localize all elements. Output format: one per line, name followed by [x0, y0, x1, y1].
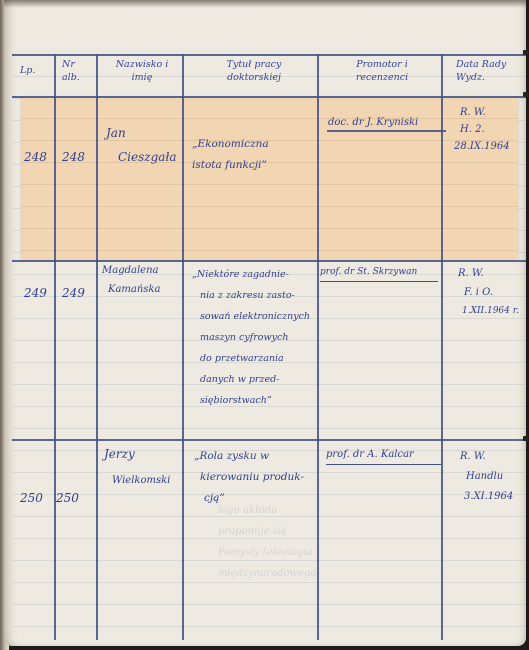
header-promoter: Promotor i recenzenci [336, 58, 428, 84]
cell-lp: 248 [24, 150, 47, 165]
column-divider [182, 54, 184, 640]
cell-nr: 248 [62, 150, 85, 165]
cell-promoter: prof. dr A. Kalcar [326, 448, 441, 465]
row-divider [12, 260, 526, 262]
promoter-underline [327, 130, 446, 132]
council-line: Handlu [466, 467, 513, 487]
title-line: sowań elektronicznych [200, 306, 332, 327]
cell-promoter: prof. dr St. Skrzywan [320, 266, 438, 282]
cell-council-date: R. W. H. 2. 28.IX.1964 [460, 104, 510, 155]
page-edge-shadow [4, 0, 526, 8]
ghost-line: proponuje się [218, 521, 348, 542]
cell-last-name: Kamańska [108, 283, 160, 297]
header-lp: Lp. [20, 64, 35, 77]
council-line: 28.IX.1964 [454, 138, 510, 155]
council-line: R. W. [458, 264, 519, 283]
cell-lp: 250 [20, 491, 43, 506]
council-line: 3.XI.1964 [464, 487, 513, 507]
title-line: danych w przed- [200, 369, 332, 390]
council-line: R. W. [460, 447, 513, 467]
cell-thesis-title: „Ekonomiczna istota funkcji” [192, 134, 332, 176]
title-line: do przetwarzania [200, 348, 332, 369]
council-line: H. 2. [460, 121, 510, 138]
header-nr-album: Nr alb. [62, 58, 94, 84]
title-line: „Ekonomiczna [192, 134, 332, 155]
cell-first-name: Magdalena [102, 264, 158, 278]
table-top-line [12, 54, 526, 56]
header-council-date: Data Rady Wydz. [456, 58, 518, 84]
binding-mark [523, 436, 528, 441]
title-line: cją” [204, 488, 322, 509]
binding-mark [523, 50, 528, 55]
cell-council-date: R. W. F. i O. 1.XII.1964 r. [458, 264, 519, 321]
title-line: siębiorstwach” [200, 390, 332, 411]
title-line: „Niektóre zagadnie- [192, 264, 332, 285]
council-line: 1.XII.1964 r. [462, 302, 519, 321]
register-page: lego ukłodu proponuje się Pomysły teleol… [4, 0, 526, 646]
council-line: F. i O. [464, 283, 519, 302]
header-name: Nazwisko i imię [106, 58, 178, 84]
council-line: R. W. [460, 104, 510, 121]
header-bottom-line [12, 96, 526, 98]
title-line: maszyn cyfrowych [200, 327, 332, 348]
title-line: istota funkcji” [192, 155, 332, 176]
cell-lp: 249 [24, 286, 47, 301]
cell-promoter: doc. dr J. Kryniski [328, 116, 418, 130]
cell-council-date: R. W. Handlu 3.XI.1964 [460, 447, 513, 507]
cell-last-name: Wielkomski [112, 474, 170, 488]
title-line: kierowaniu produk- [200, 467, 322, 488]
cell-first-name: Jerzy [104, 447, 135, 462]
cell-nr: 249 [62, 286, 85, 301]
bleed-through-text: lego ukłodu proponuje się Pomysły teleol… [218, 500, 348, 584]
column-divider [441, 54, 443, 640]
row-divider [12, 439, 526, 441]
title-line: nia z zakresu zasto- [200, 285, 332, 306]
ghost-line: Pomysły teleologia [218, 542, 348, 563]
cell-thesis-title: „Rola zysku w kierowaniu produk- cją” [194, 446, 322, 509]
header-title: Tytuł pracy doktorskiej [204, 58, 304, 84]
cell-last-name: Cieszgała [118, 150, 176, 165]
column-divider [96, 54, 98, 640]
ghost-line: międzynarodowego [218, 563, 348, 584]
cell-nr: 250 [56, 491, 79, 506]
title-line: „Rola zysku w [194, 446, 322, 467]
column-divider [54, 54, 56, 640]
binding-mark [523, 92, 528, 97]
cell-thesis-title: „Niektóre zagadnie- nia z zakresu zasto-… [192, 264, 332, 411]
cell-first-name: Jan [106, 126, 126, 141]
